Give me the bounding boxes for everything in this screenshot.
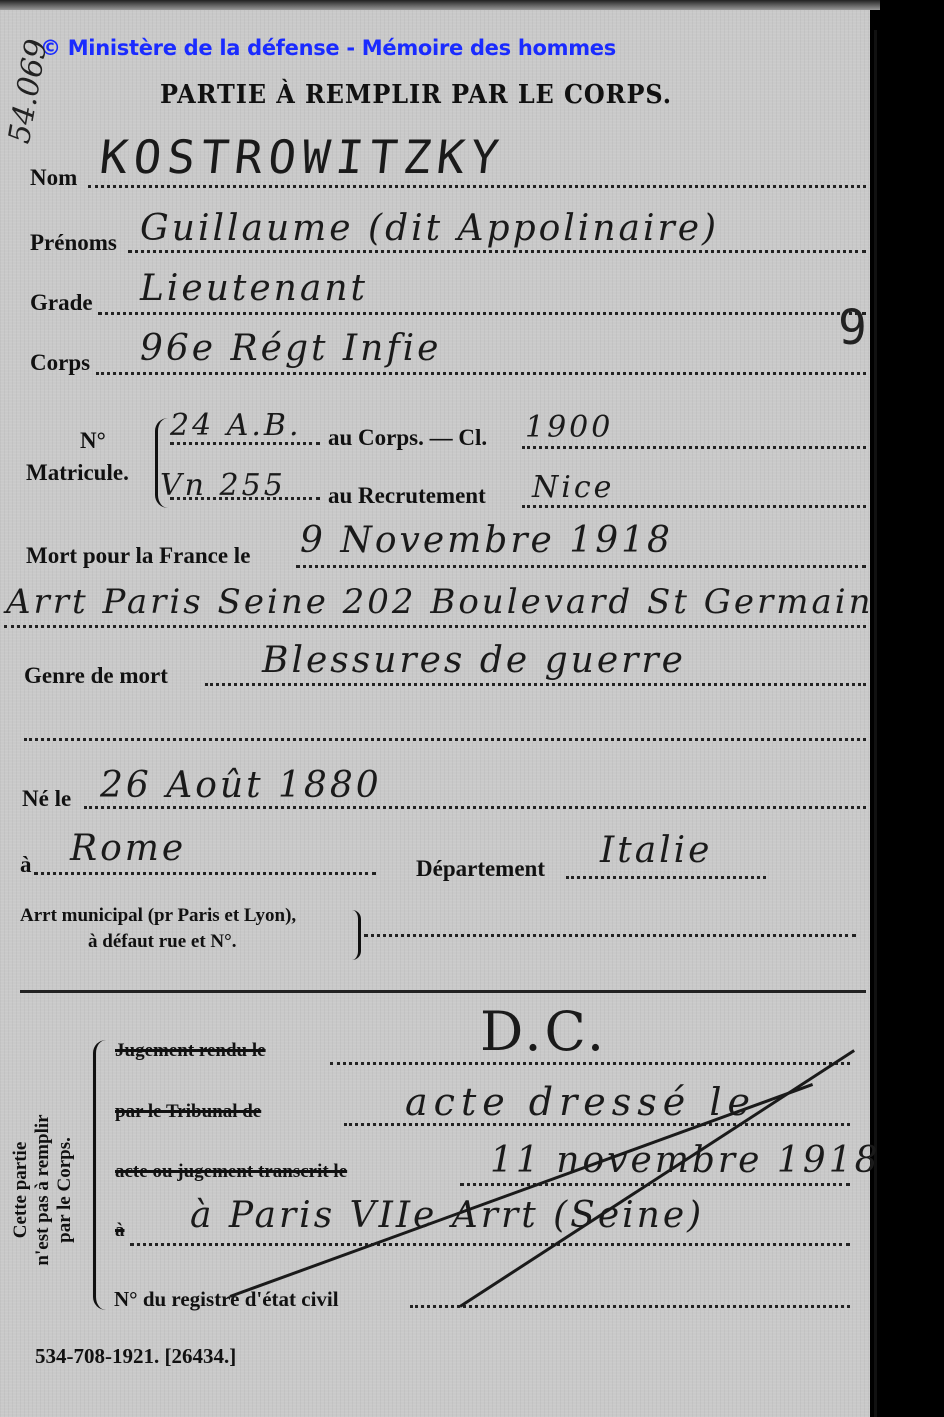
arr-municipal-line bbox=[364, 934, 856, 937]
corps-label: Corps bbox=[30, 350, 90, 376]
mort-label: Mort pour la France le bbox=[26, 543, 250, 569]
scan-top-edge bbox=[0, 0, 944, 10]
no-label: N° bbox=[80, 428, 106, 454]
section-divider bbox=[20, 990, 866, 993]
copyright-watermark: © Ministère de la défense - Mémoire des … bbox=[40, 36, 616, 60]
registre-line bbox=[410, 1305, 850, 1308]
jugement-value: D.C. bbox=[480, 1000, 607, 1063]
prenoms-value: Guillaume (dit Appolinaire) bbox=[140, 208, 719, 249]
departement-line bbox=[566, 876, 766, 879]
ne-le-label: Né le bbox=[22, 786, 71, 812]
a-civil-line bbox=[130, 1243, 850, 1246]
side-label-line-1: Cette partie bbox=[10, 1070, 32, 1310]
departement-value: Italie bbox=[600, 830, 712, 871]
civil-brace bbox=[93, 1040, 106, 1310]
a-civil-label: à bbox=[115, 1220, 125, 1242]
classe-value: 1900 bbox=[525, 410, 613, 445]
transcrit-label: acte ou jugement transcrit le bbox=[115, 1161, 347, 1183]
ne-le-line bbox=[84, 806, 866, 809]
nom-line bbox=[88, 185, 866, 188]
side-label-line-2: n'est pas à remplir bbox=[32, 1070, 54, 1310]
matricule-corps-line bbox=[170, 442, 320, 445]
lieu-naissance-value: Rome bbox=[70, 828, 186, 869]
civil-side-label: Cette partie n'est pas à remplir par le … bbox=[10, 1070, 76, 1310]
arr-brace bbox=[352, 910, 361, 960]
nom-value: KOSTROWITZKY bbox=[97, 130, 507, 184]
jugement-label: Jugement rendu le bbox=[115, 1040, 266, 1062]
tribunal-value: acte dressé le bbox=[405, 1080, 756, 1124]
genre-mort-value: Blessures de guerre bbox=[262, 640, 686, 681]
grade-value: Lieutenant bbox=[140, 268, 368, 309]
genre-mort-line bbox=[205, 683, 866, 686]
mort-line bbox=[296, 565, 866, 568]
ne-le-value: 26 Août 1880 bbox=[100, 765, 382, 806]
side-number: 9 bbox=[838, 300, 867, 356]
genre-mort-label: Genre de mort bbox=[24, 663, 168, 689]
corps-line bbox=[96, 372, 866, 375]
mort-value: 9 Novembre 1918 bbox=[300, 520, 673, 561]
grade-line bbox=[98, 312, 866, 315]
tribunal-label: par le Tribunal de bbox=[115, 1101, 261, 1123]
lieu-mort-value: Arrt Paris Seine 202 Boulevard St Germai… bbox=[6, 582, 874, 622]
matricule-corps-number: 24 A.B. bbox=[170, 408, 302, 443]
blank-line bbox=[24, 738, 866, 741]
scan-right-edge bbox=[880, 0, 944, 1417]
arr-municipal-label: Arrt municipal (pr Paris et Lyon), bbox=[20, 905, 296, 927]
recrutement-line bbox=[522, 505, 866, 508]
departement-label: Département bbox=[416, 856, 545, 882]
matricule-label: Matricule. bbox=[26, 460, 129, 486]
card-border-line bbox=[874, 30, 877, 1417]
lieu-naissance-line bbox=[34, 872, 376, 875]
grade-label: Grade bbox=[30, 290, 93, 316]
card-header: PARTIE À REMPLIR PAR LE CORPS. bbox=[160, 80, 672, 110]
form-reference: 534-708-1921. [26434.] bbox=[35, 1344, 236, 1369]
prenoms-line bbox=[128, 250, 866, 253]
recrutement-value: Nice bbox=[532, 470, 614, 505]
arr-municipal-label-2: à défaut rue et N°. bbox=[88, 931, 236, 953]
au-recrutement-label: au Recrutement bbox=[328, 483, 486, 509]
matricule-recrutement-line bbox=[170, 497, 320, 500]
a-label: à bbox=[20, 852, 32, 878]
corps-value: 96e Régt Infie bbox=[140, 328, 441, 369]
lieu-mort-line bbox=[4, 625, 866, 628]
transcrit-line bbox=[460, 1183, 850, 1186]
classe-line bbox=[522, 446, 866, 449]
prenoms-label: Prénoms bbox=[30, 230, 117, 256]
side-label-line-3: par le Corps. bbox=[54, 1070, 76, 1310]
au-corps-label: au Corps. — Cl. bbox=[328, 425, 487, 451]
nom-label: Nom bbox=[30, 165, 77, 191]
registre-label: N° du registre d'état civil bbox=[114, 1287, 339, 1312]
